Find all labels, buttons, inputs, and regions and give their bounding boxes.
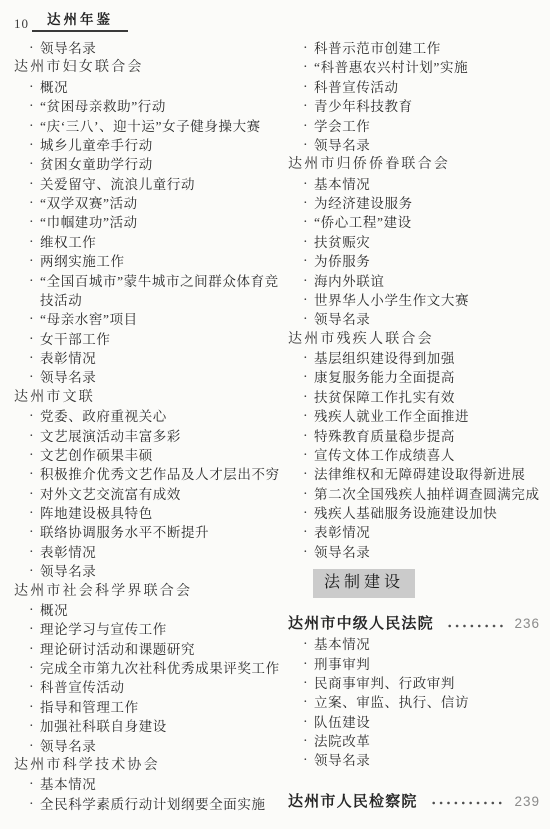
bullet-icon: · — [29, 678, 34, 697]
toc-item: ·表彰情况 — [14, 543, 280, 562]
bullet-icon: · — [303, 693, 308, 712]
toc-item: ·世界华人小学生作文大赛 — [288, 291, 542, 310]
toc-item: ·基本情况 — [288, 635, 542, 654]
toc-item: ·文艺展演活动丰富多彩 — [14, 427, 280, 446]
toc-item-label: 宣传文体工作成绩喜人 — [314, 448, 455, 463]
bullet-icon: · — [29, 349, 34, 368]
toc-item: ·党委、政府重视关心 — [14, 407, 280, 426]
toc-item: ·维权工作 — [14, 233, 280, 252]
toc-item-label: 学会工作 — [314, 119, 370, 134]
toc-item: ·法院改革 — [288, 732, 542, 751]
bullet-icon: · — [29, 310, 34, 329]
toc-item-label: 联络协调服务水平不断提升 — [40, 525, 209, 540]
toc-item-label: 领导名录 — [40, 739, 96, 754]
page-number: 10 — [14, 15, 29, 32]
toc-item-label: 完成全市第九次社科优秀成果评奖工作 — [40, 661, 280, 676]
toc-item: ·领导名录 — [14, 368, 280, 387]
toc-main-entry: 达州市中级人民法院236 — [288, 613, 542, 635]
bullet-icon: · — [29, 233, 34, 252]
toc-section-header: 达州市科学技术协会 — [14, 756, 280, 775]
toc-section-header: 达州市妇女联合会 — [14, 58, 280, 77]
toc-item: ·“贫困母亲救助”行动 — [14, 97, 280, 116]
bullet-icon: · — [303, 732, 308, 751]
toc-item-label: 特殊教育质量稳步提高 — [314, 429, 455, 444]
toc-item: ·“双学双赛”活动 — [14, 194, 280, 213]
toc-item-label: 表彰情况 — [40, 351, 96, 366]
toc-item-label: 法院改革 — [314, 734, 370, 749]
toc-item-label: 青少年科技教育 — [314, 99, 413, 114]
bullet-icon: · — [303, 58, 308, 77]
toc-item: ·领导名录 — [288, 310, 542, 329]
bullet-icon: · — [303, 78, 308, 97]
toc-item: ·领导名录 — [14, 562, 280, 581]
bullet-icon: · — [29, 136, 34, 155]
toc-item: ·“侨心工程”建设 — [288, 213, 542, 232]
toc-item: ·领导名录 — [14, 737, 280, 756]
toc-item: ·两纲实施工作 — [14, 252, 280, 271]
toc-item-label: 领导名录 — [314, 138, 370, 153]
bullet-icon: · — [303, 291, 308, 310]
toc-item: ·第二次全国残疾人抽样调查圆满完成 — [288, 485, 542, 504]
bullet-icon: · — [303, 213, 308, 232]
bullet-icon: · — [303, 485, 308, 504]
toc-item-label: 表彰情况 — [314, 525, 370, 540]
toc-item-label: “母亲水窖”项目 — [40, 312, 138, 327]
bullet-icon: · — [303, 523, 308, 542]
toc-page-number: 236 — [514, 613, 540, 635]
toc-item: ·城乡儿童牵手行动 — [14, 136, 280, 155]
toc-column-left: ·领导名录达州市妇女联合会·概况·“贫困母亲救助”行动·“庆‘三八’、迎十运”女… — [14, 39, 280, 814]
toc-item: ·“庆‘三八’、迎十运”女子健身操大赛 — [14, 117, 280, 136]
toc-item: ·民商事审判、行政审判 — [288, 674, 542, 693]
toc-item-label: 基层组织建设得到加强 — [314, 351, 455, 366]
toc-item: ·表彰情况 — [14, 349, 280, 368]
toc-main-title: 达州市中级人民法院 — [288, 613, 434, 635]
bullet-icon: · — [29, 155, 34, 174]
toc-item-label: 城乡儿童牵手行动 — [40, 138, 153, 153]
toc-item: ·扶贫保障工作扎实有效 — [288, 388, 542, 407]
bullet-icon: · — [29, 330, 34, 349]
toc-item-label: 扶贫保障工作扎实有效 — [314, 390, 455, 405]
toc-item-label: 为侨服务 — [314, 254, 370, 269]
bullet-icon: · — [303, 388, 308, 407]
bullet-icon: · — [303, 349, 308, 368]
bullet-icon: · — [29, 446, 34, 465]
bullet-icon: · — [29, 97, 34, 116]
toc-item-label: 阵地建设极具特色 — [40, 506, 153, 521]
bullet-icon: · — [303, 97, 308, 116]
toc-columns: ·领导名录达州市妇女联合会·概况·“贫困母亲救助”行动·“庆‘三八’、迎十运”女… — [0, 32, 550, 814]
toc-item-label: 概况 — [40, 603, 68, 618]
page-header: 10 达州年鉴 — [0, 0, 550, 32]
bullet-icon: · — [303, 117, 308, 136]
bullet-icon: · — [29, 601, 34, 620]
bullet-icon: · — [303, 465, 308, 484]
toc-item: ·指导和管理工作 — [14, 698, 280, 717]
bullet-icon: · — [29, 117, 34, 136]
bullet-icon: · — [29, 78, 34, 97]
toc-column-right: ·科普示范市创建工作·“科普惠农兴村计划”实施·科普宣传活动·青少年科技教育·学… — [288, 39, 542, 814]
toc-item-label: 领导名录 — [40, 564, 96, 579]
bullet-icon: · — [303, 368, 308, 387]
bullet-icon: · — [303, 252, 308, 271]
toc-item-label: 法律维权和无障碍建设取得新进展 — [314, 467, 526, 482]
bullet-icon: · — [303, 272, 308, 291]
bullet-icon: · — [29, 252, 34, 271]
bullet-icon: · — [29, 485, 34, 504]
toc-item-label: 科普宣传活动 — [314, 80, 399, 95]
toc-item: ·法律维权和无障碍建设取得新进展 — [288, 465, 542, 484]
toc-item-label: “全国百城市”蒙牛城市之间群众体育竞技活动 — [40, 274, 279, 308]
toc-item-label: 两纲实施工作 — [40, 254, 125, 269]
toc-item: ·概况 — [14, 601, 280, 620]
toc-item-label: 扶贫赈灾 — [314, 235, 370, 250]
dot-leader — [446, 620, 507, 632]
toc-item: ·基本情况 — [288, 175, 542, 194]
toc-item-label: 立案、审监、执行、信访 — [314, 695, 469, 710]
bullet-icon: · — [29, 272, 34, 291]
book-title: 达州年鉴 — [32, 12, 128, 32]
toc-item-label: “庆‘三八’、迎十运”女子健身操大赛 — [40, 119, 261, 134]
toc-item: ·概况 — [14, 78, 280, 97]
bullet-icon: · — [303, 427, 308, 446]
toc-item-label: 为经济建设服务 — [314, 196, 413, 211]
toc-item: ·扶贫赈灾 — [288, 233, 542, 252]
toc-item-label: 康复服务能力全面提高 — [314, 370, 455, 385]
bullet-icon: · — [29, 775, 34, 794]
bullet-icon: · — [29, 194, 34, 213]
toc-item-label: 维权工作 — [40, 235, 96, 250]
bullet-icon: · — [29, 717, 34, 736]
toc-item-label: “侨心工程”建设 — [314, 215, 412, 230]
toc-item: ·阵地建设极具特色 — [14, 504, 280, 523]
toc-item: ·“科普惠农兴村计划”实施 — [288, 58, 542, 77]
toc-item: ·贫困女童助学行动 — [14, 155, 280, 174]
toc-item-label: 关爱留守、流浪儿童行动 — [40, 177, 195, 192]
toc-item: ·领导名录 — [288, 751, 542, 770]
bullet-icon: · — [29, 659, 34, 678]
toc-item: ·刑事审判 — [288, 655, 542, 674]
toc-item-label: 对外文艺交流富有成效 — [40, 487, 181, 502]
toc-item: ·全民科学素质行动计划纲要全面实施 — [14, 795, 280, 814]
toc-item: ·理论学习与宣传工作 — [14, 620, 280, 639]
toc-item: ·“巾帼建功”活动 — [14, 213, 280, 232]
toc-item: ·科普示范市创建工作 — [288, 39, 542, 58]
bullet-icon: · — [303, 446, 308, 465]
toc-section-header: 达州市归侨侨眷联合会 — [288, 155, 542, 174]
bullet-icon: · — [29, 368, 34, 387]
bullet-icon: · — [303, 310, 308, 329]
bullet-icon: · — [29, 39, 34, 58]
bullet-icon: · — [303, 504, 308, 523]
toc-item-label: 贫困女童助学行动 — [40, 157, 153, 172]
toc-item-label: 文艺创作硕果丰硕 — [40, 448, 153, 463]
bullet-icon: · — [29, 504, 34, 523]
toc-main-entry: 达州市人民检察院239 — [288, 791, 542, 813]
toc-item-label: “双学双赛”活动 — [40, 196, 138, 211]
toc-item: ·领导名录 — [288, 136, 542, 155]
bullet-icon: · — [29, 698, 34, 717]
toc-item: ·学会工作 — [288, 117, 542, 136]
toc-item: ·理论研讨活动和课题研究 — [14, 640, 280, 659]
toc-item-label: 科普示范市创建工作 — [314, 41, 441, 56]
bullet-icon: · — [303, 407, 308, 426]
toc-item-label: 表彰情况 — [40, 545, 96, 560]
bullet-icon: · — [29, 465, 34, 484]
toc-item: ·基层组织建设得到加强 — [288, 349, 542, 368]
toc-item: ·青少年科技教育 — [288, 97, 542, 116]
bullet-icon: · — [29, 523, 34, 542]
toc-section-header: 达州市残疾人联合会 — [288, 330, 542, 349]
toc-item: ·为侨服务 — [288, 252, 542, 271]
toc-section-header: 达州市社会科学界联合会 — [14, 582, 280, 601]
toc-item-label: 残疾人基础服务设施建设加快 — [314, 506, 497, 521]
toc-item: ·科普宣传活动 — [288, 78, 542, 97]
toc-item-label: 指导和管理工作 — [40, 700, 139, 715]
toc-item: ·对外文艺交流富有成效 — [14, 485, 280, 504]
bullet-icon: · — [29, 562, 34, 581]
toc-item: ·表彰情况 — [288, 523, 542, 542]
bullet-icon: · — [29, 543, 34, 562]
bullet-icon: · — [303, 39, 308, 58]
toc-item: ·“母亲水窖”项目 — [14, 310, 280, 329]
toc-item: ·为经济建设服务 — [288, 194, 542, 213]
bullet-icon: · — [303, 194, 308, 213]
toc-item-label: 领导名录 — [314, 545, 370, 560]
toc-item: ·残疾人就业工作全面推进 — [288, 407, 542, 426]
toc-item: ·海内外联谊 — [288, 272, 542, 291]
bullet-icon: · — [303, 713, 308, 732]
toc-item: ·加强社科联自身建设 — [14, 717, 280, 736]
section-banner-row: 法制建设 — [313, 569, 542, 598]
toc-item-label: 科普宣传活动 — [40, 680, 125, 695]
toc-item: ·文艺创作硕果丰硕 — [14, 446, 280, 465]
bullet-icon: · — [303, 751, 308, 770]
dot-leader — [430, 797, 507, 809]
toc-item-label: 文艺展演活动丰富多彩 — [40, 429, 181, 444]
toc-item-label: 领导名录 — [314, 753, 370, 768]
toc-item-label: 民商事审判、行政审判 — [314, 676, 455, 691]
toc-item: ·积极推介优秀文艺作品及人才层出不穷 — [14, 465, 280, 484]
toc-item-label: 领导名录 — [40, 41, 96, 56]
bullet-icon: · — [29, 640, 34, 659]
toc-item-label: 基本情况 — [314, 637, 370, 652]
toc-item: ·宣传文体工作成绩喜人 — [288, 446, 542, 465]
yearbook-toc-page: { "header": { "page_number": "10", "book… — [0, 0, 550, 829]
toc-item-label: 理论学习与宣传工作 — [40, 622, 167, 637]
bullet-icon: · — [29, 213, 34, 232]
toc-item: ·“全国百城市”蒙牛城市之间群众体育竞技活动 — [14, 272, 280, 311]
toc-item: ·立案、审监、执行、信访 — [288, 693, 542, 712]
toc-item-label: 刑事审判 — [314, 657, 370, 672]
toc-item-label: 领导名录 — [40, 370, 96, 385]
toc-section-header: 达州市文联 — [14, 388, 280, 407]
toc-item-label: 积极推介优秀文艺作品及人才层出不穷 — [40, 467, 280, 482]
toc-item-label: 世界华人小学生作文大赛 — [314, 293, 469, 308]
bullet-icon: · — [303, 543, 308, 562]
toc-item: ·队伍建设 — [288, 713, 542, 732]
toc-main-title: 达州市人民检察院 — [288, 791, 418, 813]
toc-item-label: “巾帼建功”活动 — [40, 215, 138, 230]
bullet-icon: · — [303, 233, 308, 252]
toc-item: ·领导名录 — [288, 543, 542, 562]
toc-item-label: 女干部工作 — [40, 332, 111, 347]
bullet-icon: · — [29, 737, 34, 756]
toc-item: ·残疾人基础服务设施建设加快 — [288, 504, 542, 523]
toc-item-label: 第二次全国残疾人抽样调查圆满完成 — [314, 487, 540, 502]
toc-item-label: 党委、政府重视关心 — [40, 409, 167, 424]
toc-item-label: “科普惠农兴村计划”实施 — [314, 60, 468, 75]
toc-item: ·康复服务能力全面提高 — [288, 368, 542, 387]
bullet-icon: · — [29, 175, 34, 194]
bullet-icon: · — [303, 635, 308, 654]
bullet-icon: · — [29, 795, 34, 814]
bullet-icon: · — [29, 427, 34, 446]
toc-item: ·完成全市第九次社科优秀成果评奖工作 — [14, 659, 280, 678]
bullet-icon: · — [303, 175, 308, 194]
toc-item-label: 领导名录 — [314, 312, 370, 327]
bullet-icon: · — [303, 674, 308, 693]
toc-item-label: 全民科学素质行动计划纲要全面实施 — [40, 797, 266, 812]
toc-item: ·领导名录 — [14, 39, 280, 58]
toc-item-label: 加强社科联自身建设 — [40, 719, 167, 734]
section-banner: 法制建设 — [313, 569, 415, 598]
toc-item-label: 残疾人就业工作全面推进 — [314, 409, 469, 424]
toc-item: ·关爱留守、流浪儿童行动 — [14, 175, 280, 194]
toc-item-label: 基本情况 — [40, 777, 96, 792]
bullet-icon: · — [303, 136, 308, 155]
bullet-icon: · — [29, 407, 34, 426]
toc-item: ·基本情况 — [14, 775, 280, 794]
toc-item: ·科普宣传活动 — [14, 678, 280, 697]
toc-item-label: 概况 — [40, 80, 68, 95]
bullet-icon: · — [29, 620, 34, 639]
bullet-icon: · — [303, 655, 308, 674]
toc-item-label: 理论研讨活动和课题研究 — [40, 642, 195, 657]
toc-item-label: 队伍建设 — [314, 715, 370, 730]
toc-page-number: 239 — [514, 791, 540, 813]
toc-item-label: 海内外联谊 — [314, 274, 385, 289]
toc-item-label: 基本情况 — [314, 177, 370, 192]
toc-item: ·特殊教育质量稳步提高 — [288, 427, 542, 446]
toc-item: ·女干部工作 — [14, 330, 280, 349]
toc-item: ·联络协调服务水平不断提升 — [14, 523, 280, 542]
toc-item-label: “贫困母亲救助”行动 — [40, 99, 166, 114]
